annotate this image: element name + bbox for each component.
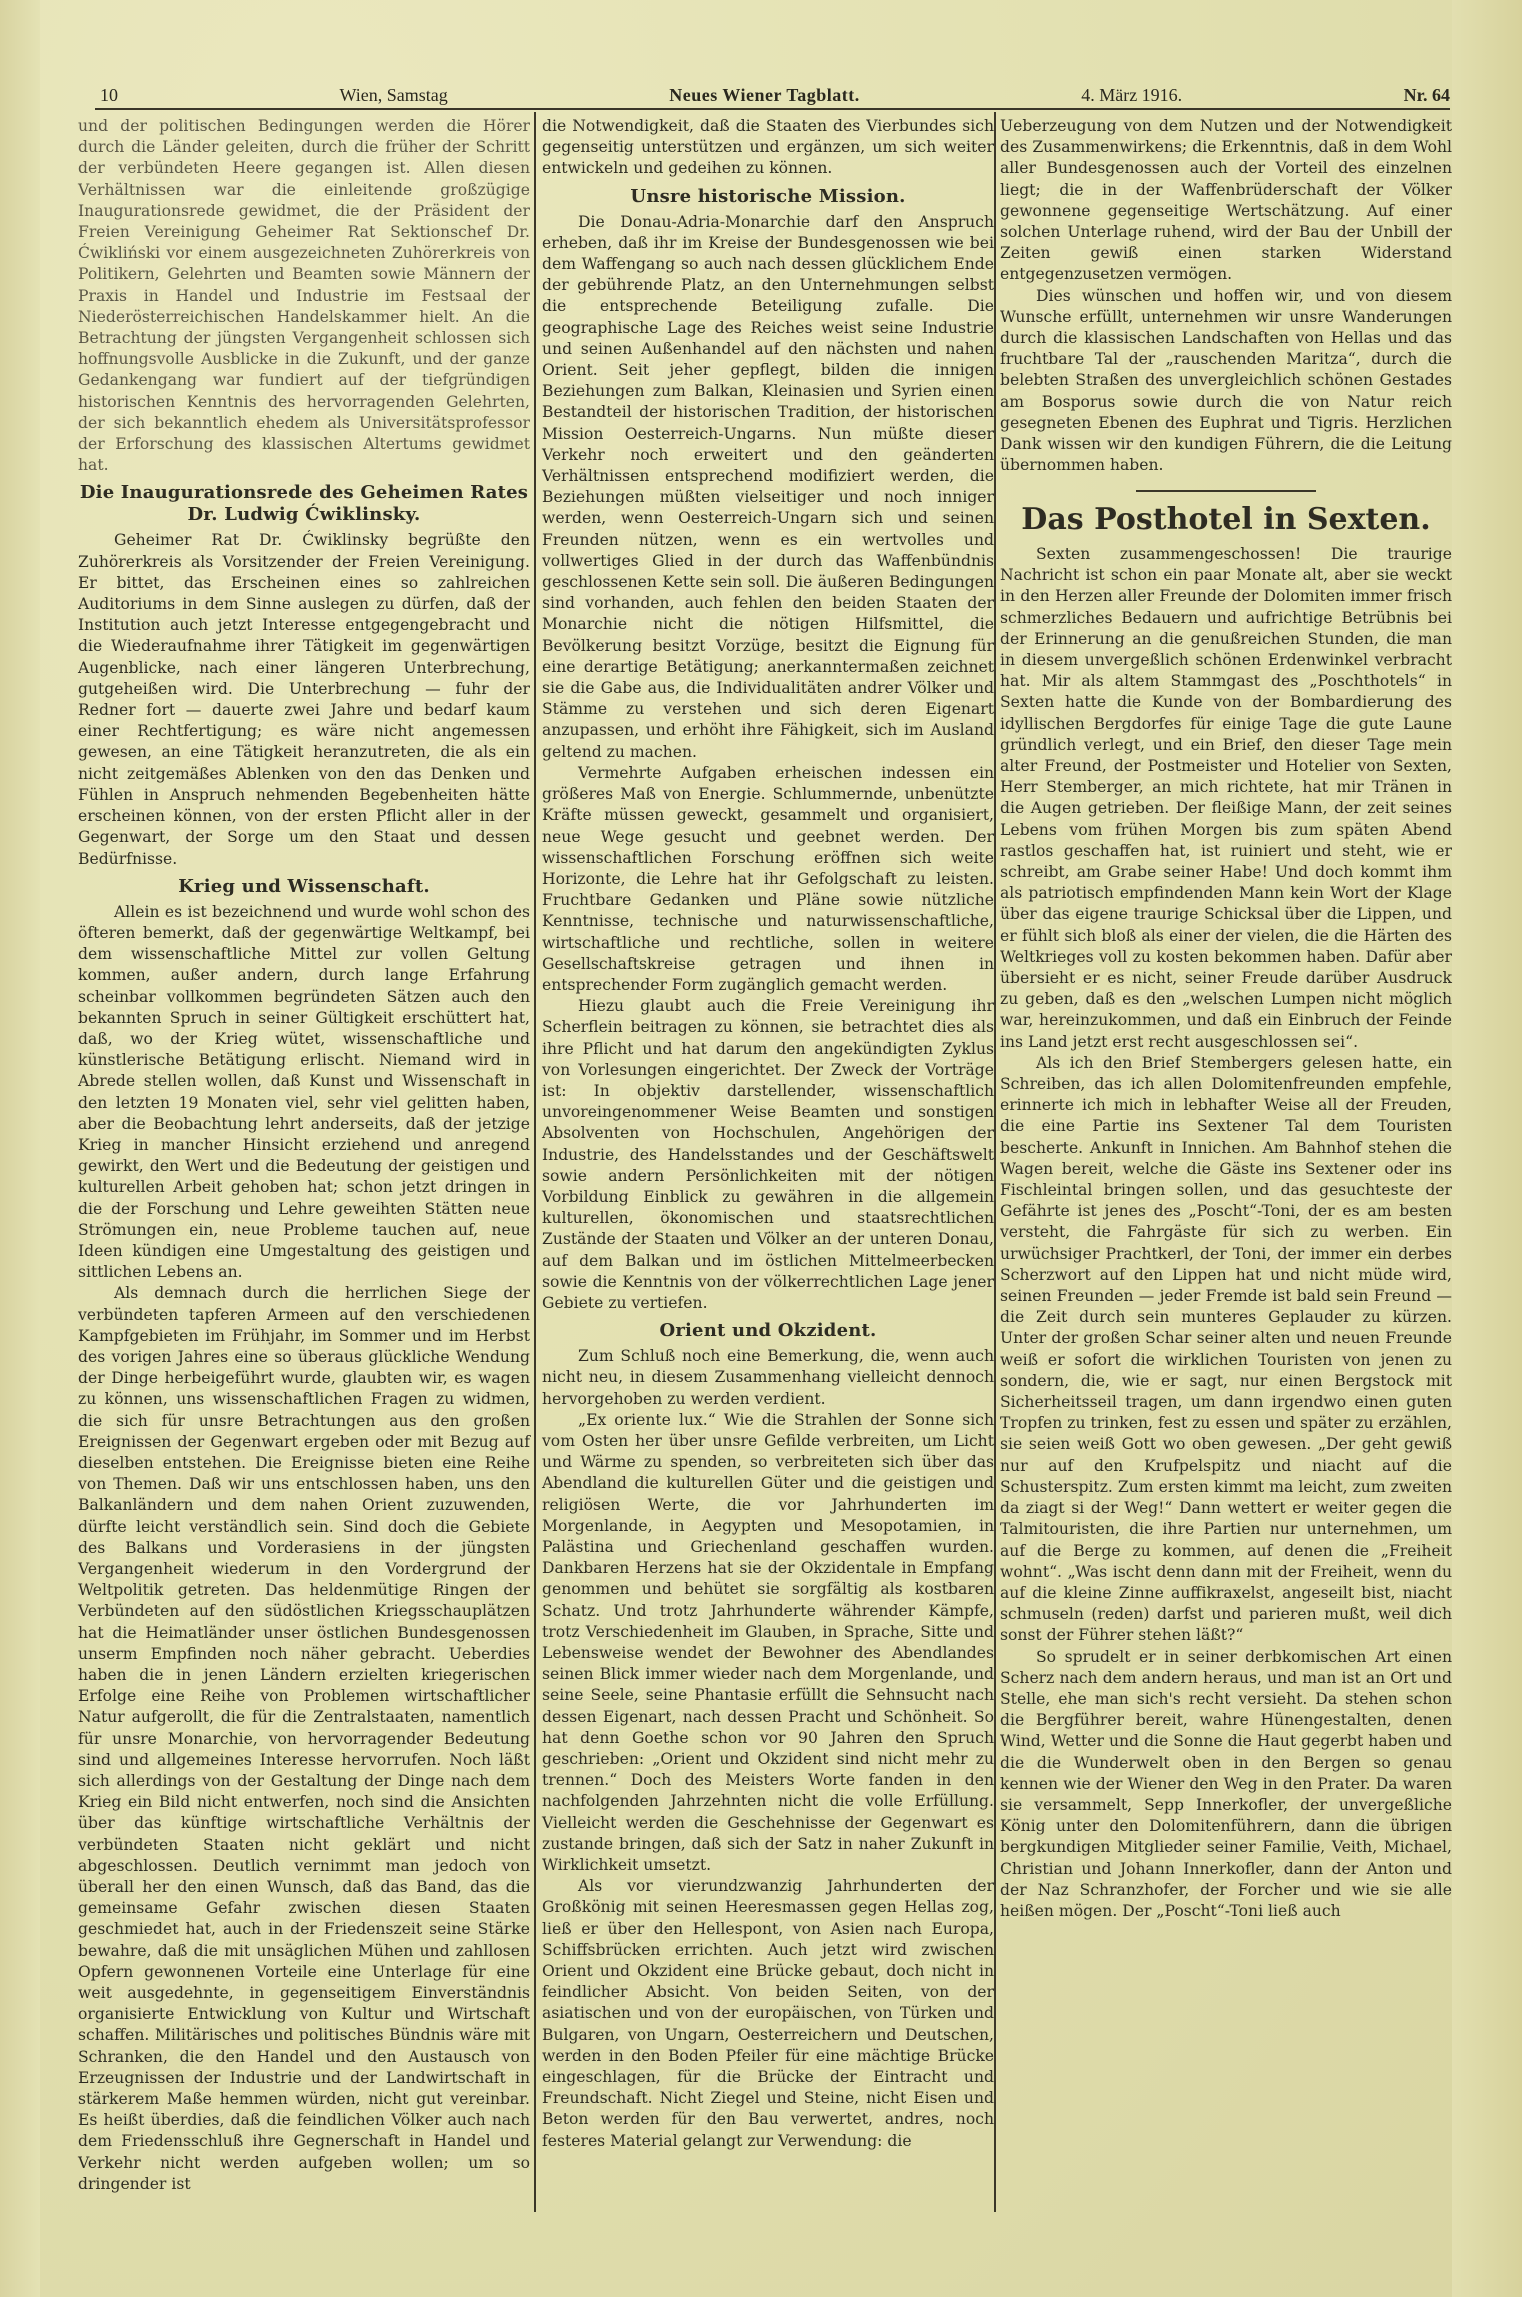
issue-date: 4. März 1916. [1081, 85, 1182, 106]
paragraph: Als demnach durch die herrlichen Siege d… [78, 1283, 530, 2195]
paragraph: Dies wünschen und hoffen wir, und von di… [1000, 286, 1452, 477]
paragraph: Zum Schluß noch eine Bemerkung, die, wen… [542, 1346, 994, 1410]
article-separator [1136, 490, 1316, 492]
column-1: und der politischen Bedingungen werden d… [78, 116, 530, 2216]
paragraph: Als vor vierundzwanzig Jahrhunderten der… [542, 1876, 994, 2152]
page-edge-left [0, 0, 40, 2297]
paragraph: und der politischen Bedingungen werden d… [78, 116, 530, 476]
header-rule [95, 108, 1450, 110]
page-number: 10 [100, 85, 118, 106]
paragraph: Ueberzeugung von dem Nutzen und der Notw… [1000, 116, 1452, 286]
paragraph: Sexten zusammengeschossen! Die traurige … [1000, 544, 1452, 1053]
paragraph: Vermehrte Aufgaben erheischen indessen e… [542, 763, 994, 996]
newspaper-title: Neues Wiener Tagblatt. [669, 85, 860, 106]
paragraph: Die Donau-Adria-Monarchie darf den Anspr… [542, 212, 994, 763]
paragraph: Geheimer Rat Dr. Ćwiklinsky begrüßte den… [78, 530, 530, 869]
paragraph: „Ex oriente lux.“ Wie die Strahlen der S… [542, 1410, 994, 1876]
paragraph: Hiezu glaubt auch die Freie Vereinigung … [542, 996, 994, 1314]
location-day: Wien, Samstag [339, 85, 447, 106]
column-2: die Notwendigkeit, daß die Staaten des V… [542, 116, 994, 2216]
paragraph: Als ich den Brief Stembergers gelesen ha… [1000, 1053, 1452, 1647]
section-heading: Krieg und Wissenschaft. [78, 876, 530, 898]
section-heading: Unsre historische Mission. [542, 186, 994, 208]
paragraph: Allein es ist bezeichnend und wurde wohl… [78, 902, 530, 1284]
column-divider [534, 112, 536, 2212]
column-3: Ueberzeugung von dem Nutzen und der Notw… [1000, 116, 1452, 2216]
issue-number: Nr. 64 [1404, 85, 1450, 106]
section-heading: Die Inaugurationsrede des Geheimen Rates… [78, 482, 530, 526]
article-headline: Das Posthotel in Sexten. [1000, 502, 1452, 538]
section-heading: Orient und Okzident. [542, 1320, 994, 1342]
paragraph: So sprudelt er in seiner derbkomischen A… [1000, 1647, 1452, 1923]
page-edge-right [1452, 0, 1522, 2297]
column-divider [994, 112, 996, 2212]
paragraph: die Notwendigkeit, daß die Staaten des V… [542, 116, 994, 180]
running-header: 10 Wien, Samstag Neues Wiener Tagblatt. … [100, 76, 1450, 106]
